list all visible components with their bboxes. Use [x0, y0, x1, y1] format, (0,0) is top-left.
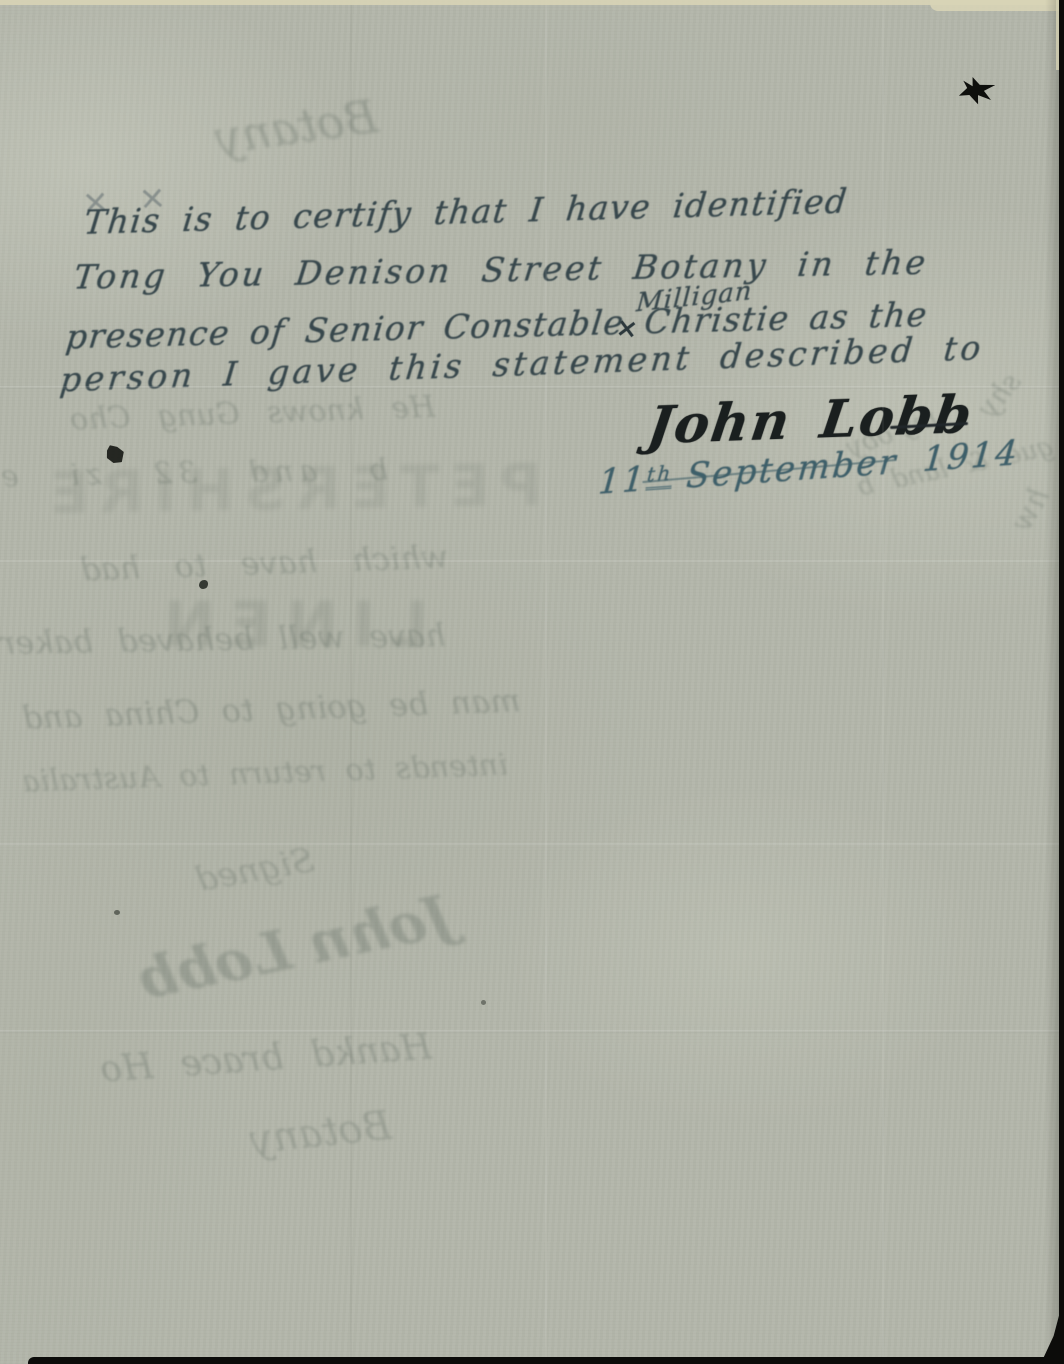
bleedthrough-word-botany-bottom: Botany: [248, 1103, 394, 1164]
bleedthrough-line: which have to had: [79, 538, 448, 589]
scan-edge-top: [0, 0, 1064, 5]
bleedthrough-signature: John Lobb: [132, 882, 459, 1013]
date-ordinal: th: [646, 460, 674, 490]
scan-edge-bottom: [28, 1357, 1064, 1364]
certificate-line-1: This is to certify that I have identifie…: [82, 181, 850, 241]
bleedthrough-line: intends to return to Australia: [22, 748, 509, 800]
date-day: 11: [597, 459, 649, 503]
scan-edge-right: [1059, 0, 1064, 1364]
scan-edge-top-right: [930, 0, 1064, 11]
paper-edge-highlight: [1056, 0, 1059, 70]
bleedthrough-margin-scribble: shy: [971, 365, 1027, 423]
bleedthrough-line: man be going to China and: [21, 681, 521, 736]
horizontal-fold-crease: [0, 843, 1064, 845]
ink-blot-top-right: [958, 75, 996, 107]
vertical-fold-crease: [882, 0, 884, 1364]
bleedthrough-line: have well behaved baker: [0, 616, 446, 662]
paper-speck: [481, 1000, 486, 1005]
bleedthrough-address-line: Hankd brace Ho: [99, 1026, 433, 1090]
paper-edge-shadow: [1045, 0, 1059, 1364]
bleedthrough-word-botany-top: Botany: [212, 89, 381, 165]
paper-speck: [114, 910, 120, 915]
horizontal-fold-crease: [0, 1030, 1064, 1033]
scanned-document-page: Botany He knows Gung Cho b and 32 zi e P…: [0, 0, 1064, 1364]
certificate-line-2: Tong You Denison Street Botany in the: [72, 243, 931, 297]
bleedthrough-signed-label: Signed: [192, 840, 317, 900]
